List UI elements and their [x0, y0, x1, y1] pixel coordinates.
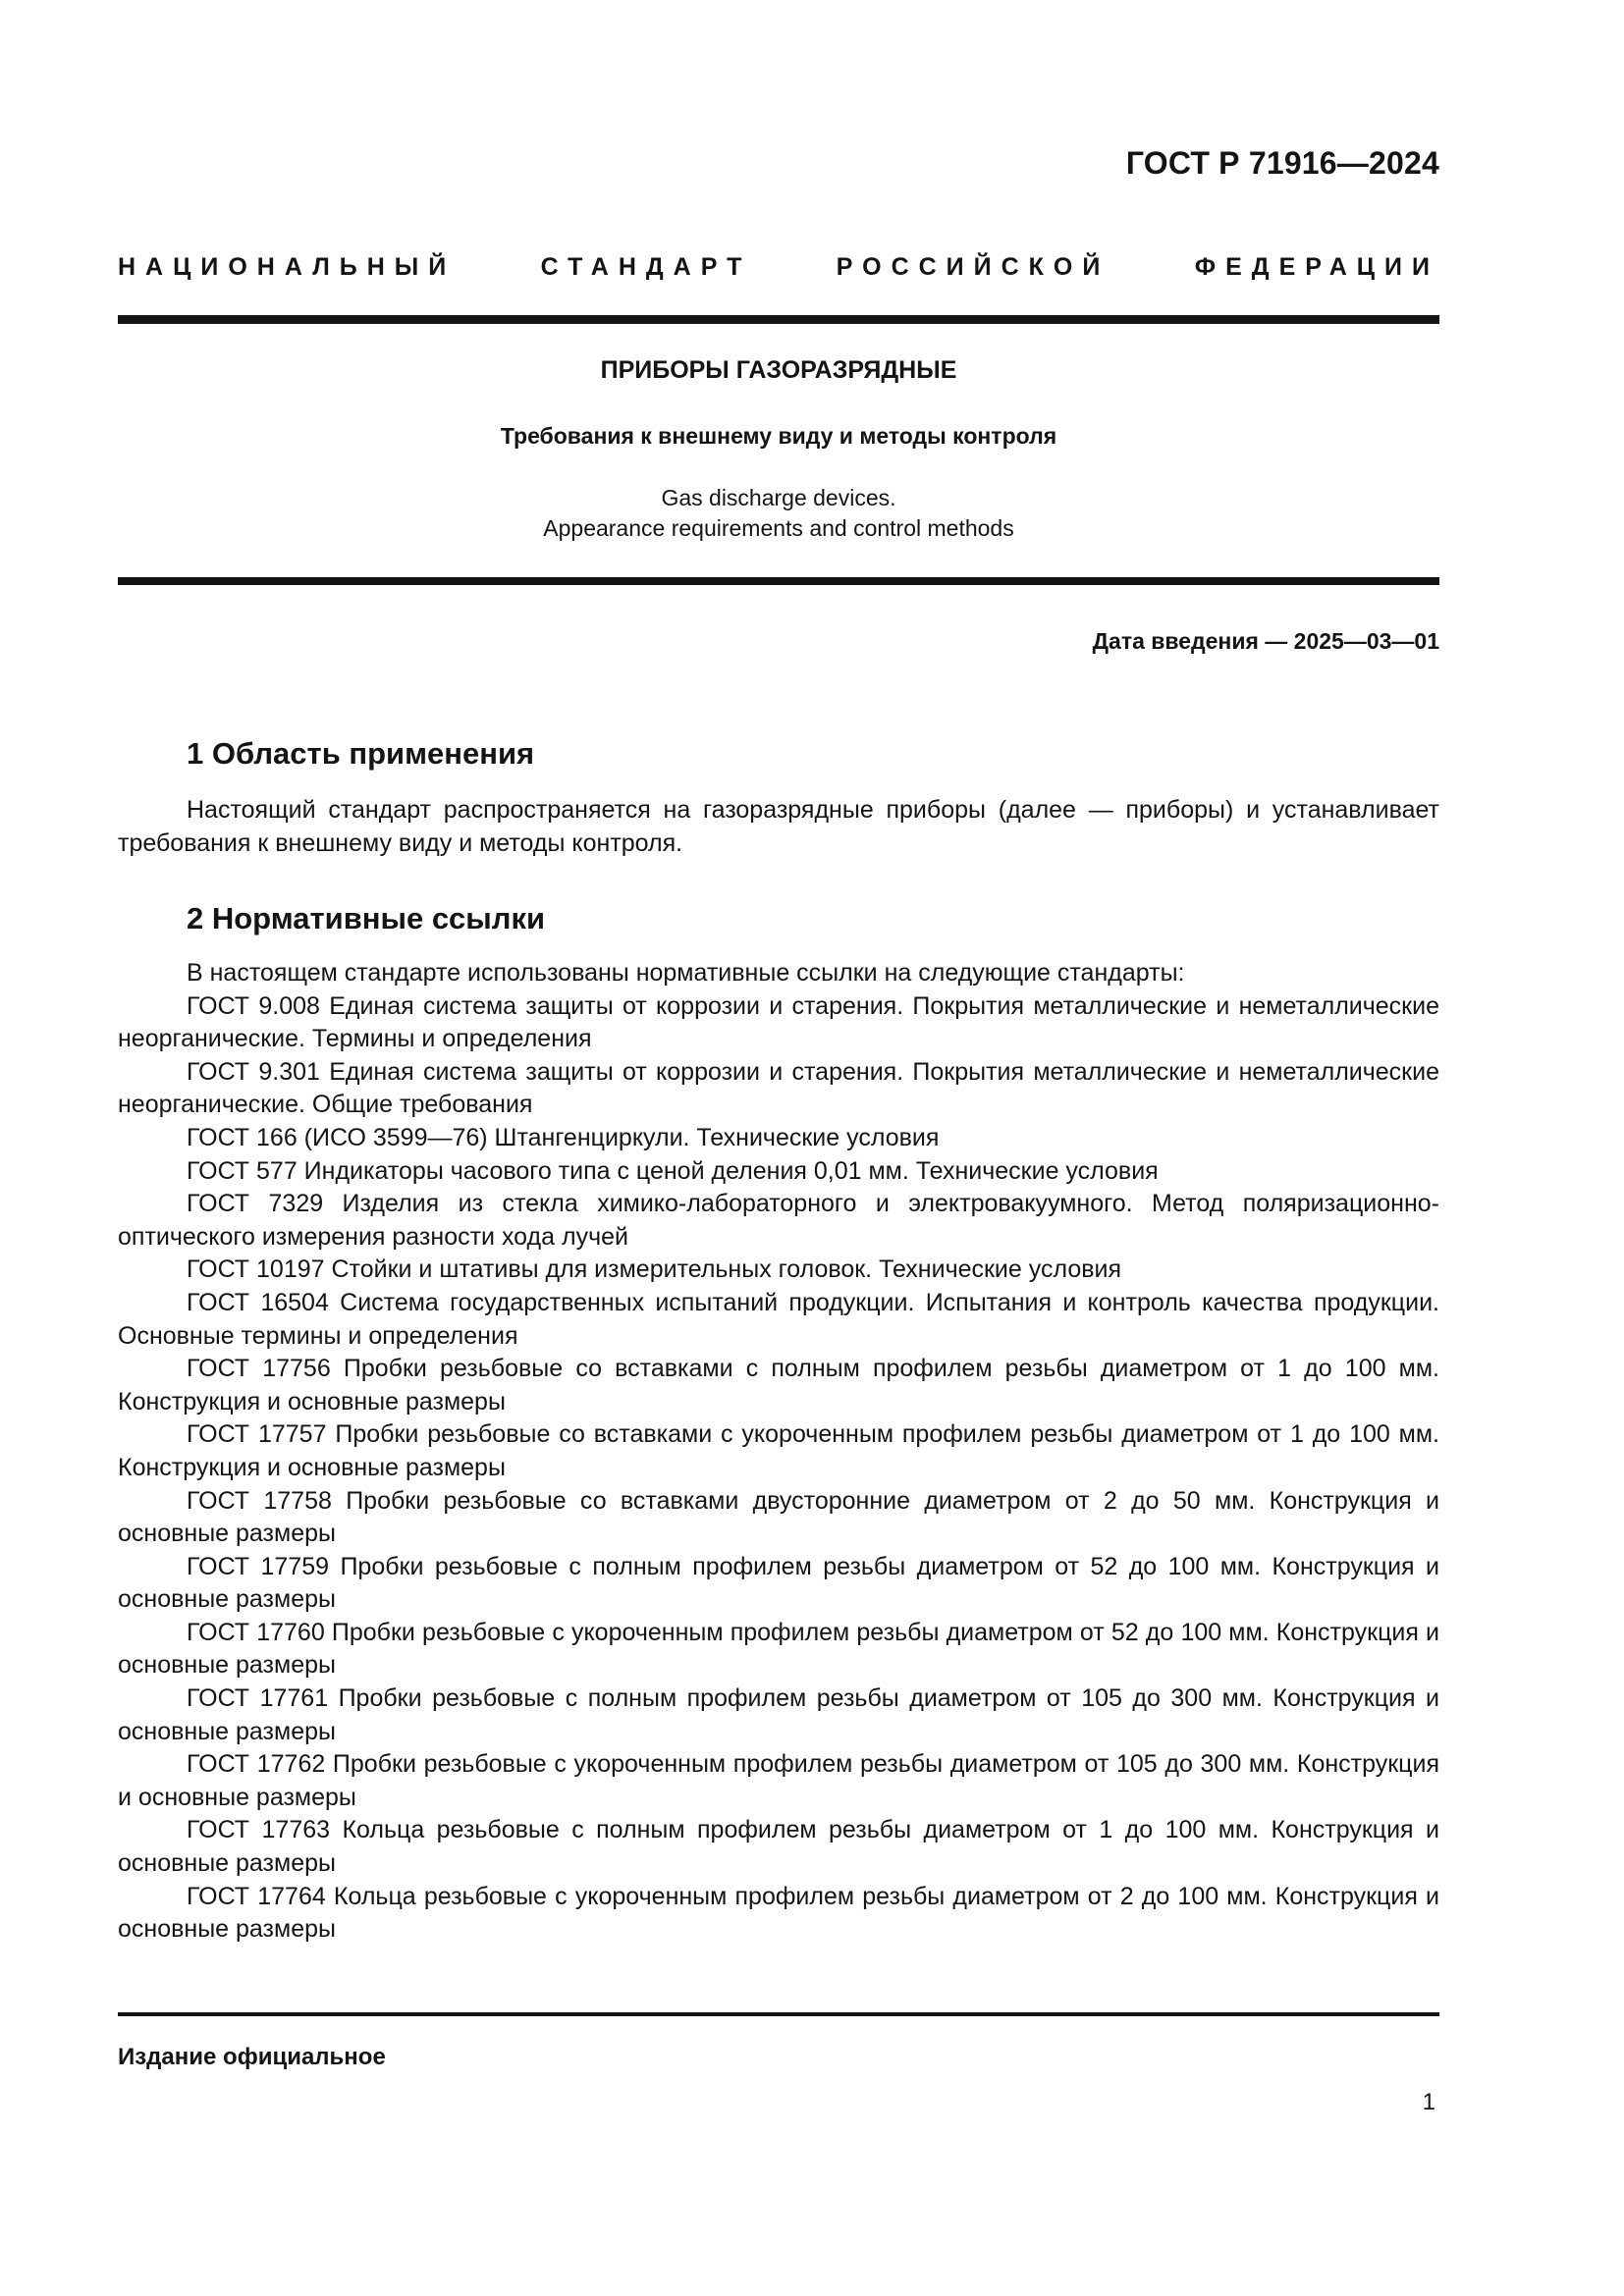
- reference-item: ГОСТ 9.008 Единая система защиты от корр…: [118, 990, 1439, 1056]
- header-rule: [118, 315, 1439, 324]
- section-scope: 1 Область применения Настоящий стандарт …: [118, 736, 1439, 860]
- reference-item: ГОСТ 17760 Пробки резьбовые с укороченны…: [118, 1617, 1439, 1682]
- reference-item: ГОСТ 17758 Пробки резьбовые со вставками…: [118, 1485, 1439, 1551]
- reference-item: ГОСТ 17761 Пробки резьбовые с полным про…: [118, 1682, 1439, 1748]
- reference-item: ГОСТ 10197 Стойки и штативы для измерите…: [118, 1254, 1439, 1287]
- introduction-date: Дата введения — 2025—03—01: [1093, 628, 1439, 655]
- english-title: Gas discharge devices. Appearance requir…: [118, 483, 1439, 544]
- official-edition-label: Издание официальное: [118, 2044, 386, 2071]
- reference-item: ГОСТ 17759 Пробки резьбовые с полным про…: [118, 1551, 1439, 1617]
- reference-item: ГОСТ 17756 Пробки резьбовые со вставками…: [118, 1353, 1439, 1418]
- section-normative-references: 2 Нормативные ссылки В настоящем стандар…: [118, 901, 1439, 1947]
- reference-item: ГОСТ 17763 Кольца резьбовые с полным про…: [118, 1814, 1439, 1880]
- reference-item: ГОСТ 577 Индикаторы часового типа с цено…: [118, 1155, 1439, 1189]
- reference-item: ГОСТ 17762 Пробки резьбовые с укороченны…: [118, 1748, 1439, 1814]
- section-heading: 1 Область применения: [118, 736, 1439, 772]
- reference-item: ГОСТ 9.301 Единая система защиты от корр…: [118, 1056, 1439, 1122]
- english-title-line-2: Appearance requirements and control meth…: [118, 513, 1439, 544]
- reference-item: ГОСТ 7329 Изделия из стекла химико-лабор…: [118, 1188, 1439, 1254]
- title-rule: [118, 577, 1439, 585]
- footer-rule: [118, 2012, 1439, 2016]
- reference-item: ГОСТ 17764 Кольца резьбовые с укороченны…: [118, 1881, 1439, 1947]
- paragraph: Настоящий стандарт распространяется на г…: [118, 794, 1439, 860]
- reference-item: ГОСТ 17757 Пробки резьбовые со вставками…: [118, 1418, 1439, 1484]
- reference-item: ГОСТ 16504 Система государственных испыт…: [118, 1287, 1439, 1353]
- standard-banner: НАЦИОНАЛЬНЫЙ СТАНДАРТ РОССИЙСКОЙ ФЕДЕРАЦ…: [118, 253, 1439, 282]
- reference-list: В настоящем стандарте использованы норма…: [118, 957, 1439, 1947]
- reference-item: ГОСТ 166 (ИСО 3599—76) Штангенциркули. Т…: [118, 1122, 1439, 1155]
- document-subtitle: Требования к внешнему виду и методы конт…: [118, 423, 1439, 450]
- document-title: ПРИБОРЫ ГАЗОРАЗРЯДНЫЕ: [118, 356, 1439, 385]
- english-title-line-1: Gas discharge devices.: [118, 483, 1439, 513]
- paragraph: В настоящем стандарте использованы норма…: [118, 957, 1439, 990]
- document-number: ГОСТ Р 71916—2024: [1126, 145, 1439, 182]
- section-heading: 2 Нормативные ссылки: [118, 901, 1439, 936]
- page-number: 1: [1423, 2089, 1435, 2116]
